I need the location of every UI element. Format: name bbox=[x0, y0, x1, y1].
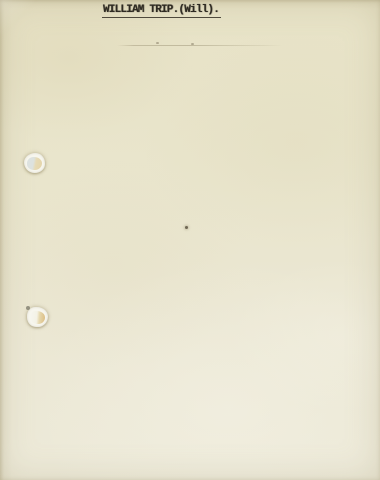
document-title: WILLIAM TRIP.(Will). bbox=[102, 4, 221, 18]
punch-hole-interior bbox=[27, 157, 42, 170]
punch-hole-interior bbox=[30, 311, 45, 324]
paper-speck bbox=[191, 43, 194, 45]
punch-hole-top bbox=[24, 153, 45, 173]
faded-rule-line bbox=[117, 45, 283, 46]
scanned-document-page: WILLIAM TRIP.(Will). bbox=[0, 0, 380, 480]
ink-speck bbox=[185, 226, 188, 229]
punch-hole-bottom bbox=[27, 307, 48, 327]
paper-speck bbox=[156, 42, 159, 44]
dirt-fleck bbox=[26, 306, 30, 310]
